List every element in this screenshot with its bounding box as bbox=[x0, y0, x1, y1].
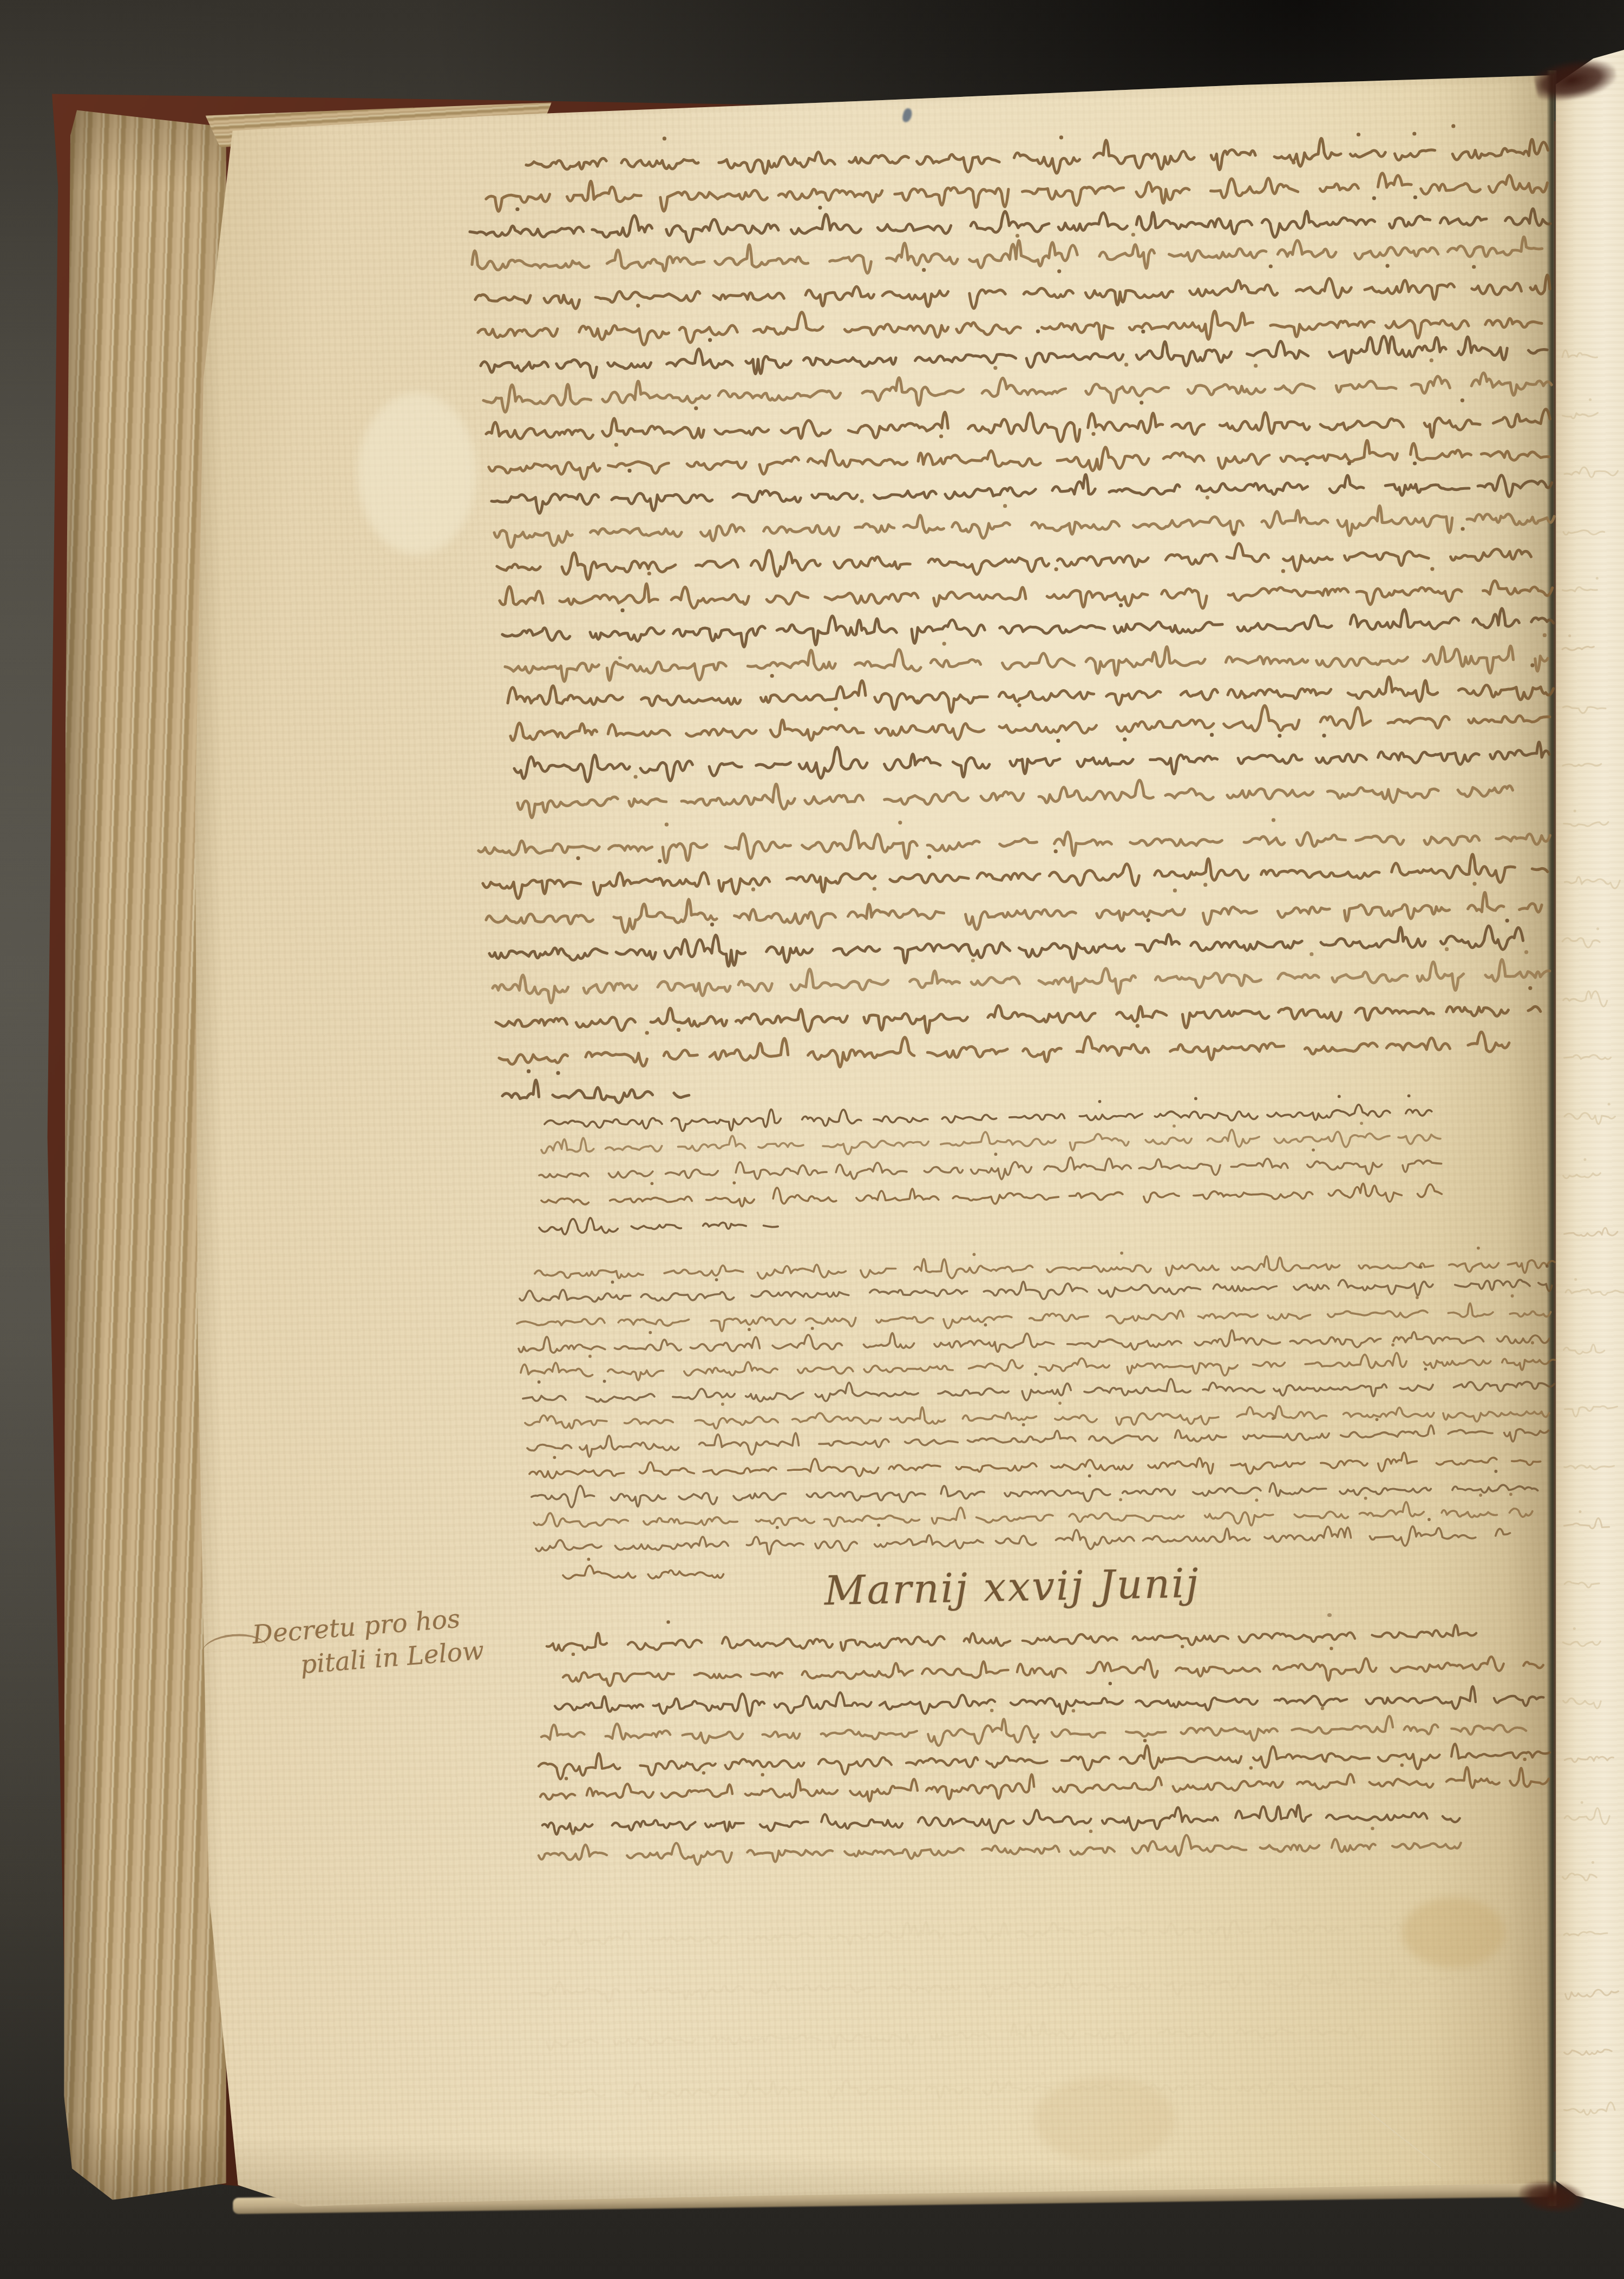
paper-stain bbox=[1034, 2076, 1175, 2163]
date-heading: Marnij xxvij Junij bbox=[814, 1561, 1210, 1629]
paper-stain bbox=[1402, 1897, 1505, 1968]
gutter-shadow bbox=[1547, 70, 1557, 2206]
ink-speck bbox=[1327, 1613, 1332, 1617]
facing-page-sliver bbox=[1556, 50, 1624, 2209]
ink-speck bbox=[618, 656, 622, 659]
paper-highlight bbox=[357, 392, 476, 555]
left-manuscript-page bbox=[179, 73, 1559, 2209]
cover-corner-bottom-right bbox=[1517, 2178, 1585, 2215]
manuscript-photo: Marnij xxvij Junij Decretu pro hos pital… bbox=[0, 0, 1624, 2279]
